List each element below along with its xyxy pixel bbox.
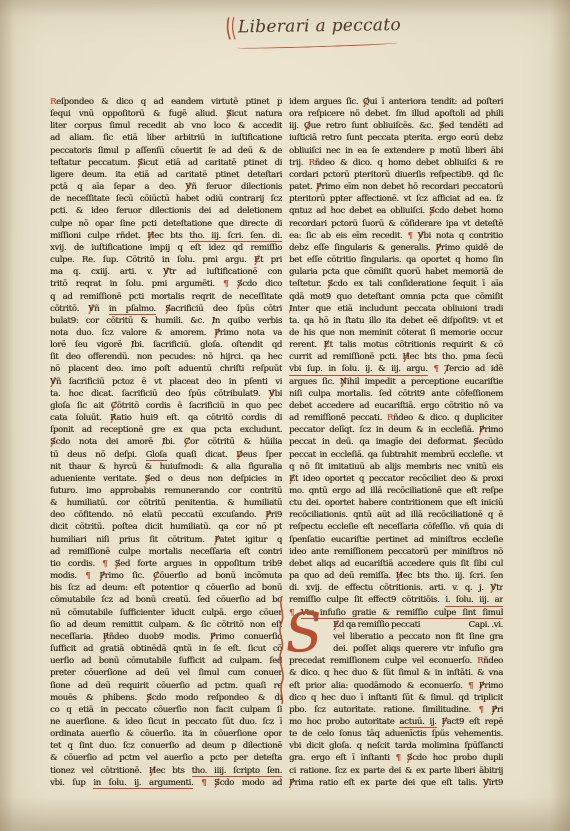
text-segment: tionez vel cōtritionē. bbox=[50, 766, 149, 776]
text-segment: ligere deum. ita etiā ad caritatē ptinet… bbox=[50, 170, 282, 180]
text-line: uerſio ad bonū cōmutabile ſufficit ad cu… bbox=[50, 655, 282, 667]
text-line: ordinata auerſio & cōuerſio. ita in cōue… bbox=[50, 728, 282, 740]
text-segment: qdā mot9 quo deteſtant omnia pcta que cō… bbox=[289, 292, 503, 302]
text-segment: nit thaur & hyrcū & huiuſmodi: & alia fi… bbox=[50, 462, 282, 472]
rubric-mark: ¶ bbox=[201, 778, 214, 788]
text-segment: dei. poſſet aliqs querere vtr infuſio gr… bbox=[333, 644, 503, 654]
text-segment: recōciliationis. qntū aūt ad illā recōci… bbox=[289, 510, 503, 520]
text-segment: rerent. bbox=[289, 340, 324, 350]
text-segment: ne auerſione. & ideo ſicut in peccato ſū… bbox=[50, 717, 282, 727]
text-line: patet. Primo eīm non debet hō recordari … bbox=[289, 181, 503, 193]
citation-underlined: in ſolu. ij. argumenti. bbox=[93, 778, 193, 789]
text-line: ideo ante remiſſionem peccatorū per mini… bbox=[289, 546, 503, 558]
text-line: ad remiſſionē culpe mortalis neceſſaria … bbox=[50, 546, 282, 558]
text-line: debet aliqs ad eucariſtiā accedere quis … bbox=[289, 558, 503, 570]
citation-underlined: actuū. ij. bbox=[399, 717, 436, 728]
text-segment: recordari pctorū ſuorū & cōſiderare ipa … bbox=[289, 219, 503, 229]
text-segment: tr bbox=[496, 583, 503, 593]
text-line: ad remiſſionē peccati. Rñdeo & dico. q d… bbox=[289, 412, 503, 424]
text-segment: nota duo. ſcz valore & amorem. bbox=[50, 328, 214, 338]
text-line: adueniente veritate. Sed o deus non deſp… bbox=[50, 473, 282, 485]
text-line: tritō reqrat in ſolu. pmi argumēti. ¶ Sc… bbox=[50, 278, 282, 290]
text-segment: ri9 bbox=[271, 510, 282, 520]
text-segment: cdo modo reſpondeo & di bbox=[152, 693, 282, 703]
text-segment: cdo modo ad bbox=[220, 778, 282, 788]
text-segment: eſpondeo & dico q ad eandem virtutē ptin… bbox=[56, 97, 282, 107]
text-segment: trij. bbox=[289, 158, 309, 168]
text-segment: q nō ſit imitatiuū ab alijs membris nec … bbox=[289, 462, 503, 472]
text-segment: nō placent deo. imo poſt aduentū chriſti… bbox=[50, 364, 282, 374]
text-line: Et ideo oportet q peccator recōciliet de… bbox=[289, 473, 503, 485]
citation-underlined: di. xvij. de effectu cōtritionis. arti. … bbox=[289, 583, 484, 594]
text-segment: t talis motus cōtritionis requirit & cō bbox=[329, 340, 503, 350]
text-segment: ec bts bbox=[156, 766, 192, 776]
text-segment: mouēs & phibens. bbox=[50, 693, 146, 703]
text-segment: t ideo oportet q peccator recōciliet deo… bbox=[295, 474, 503, 484]
text-segment: idem argues ſic. bbox=[289, 97, 363, 107]
text-line: pcti. & ideo feruor dilectionis dei ad d… bbox=[50, 205, 282, 217]
text-line: ta. hoc dicat. ſacrificiū deo ſpūs cōtri… bbox=[50, 388, 282, 400]
rubric-mark: H bbox=[149, 766, 156, 776]
text-segment: mo hoc probo autoritate bbox=[289, 717, 399, 727]
text-segment: ercio ad idē bbox=[449, 364, 503, 374]
text-line: ne auerſione. & ideo ſicut in peccato ſū… bbox=[50, 716, 282, 728]
text-line: Vñ ſacrificiū pctoz ē vt placeat deo in … bbox=[50, 376, 282, 388]
text-line: preter cōuerſione ad deū vel ſimul cum c… bbox=[50, 667, 282, 679]
text-segment: tet q ſint duo. ſcz conuerſio ad deum p … bbox=[50, 741, 282, 751]
text-line: teſtetur. Scdo ex tali conſideratione ſe… bbox=[289, 278, 503, 290]
citation-underlined: vbi ſup. in ſolu. ij. & iij. argu. bbox=[289, 364, 428, 375]
text-segment: ſit deo offerendū. non pecudes: nō hijrc… bbox=[50, 352, 282, 362]
text-segment: humiliari niſi prius ſit cōtritum. bbox=[50, 535, 214, 545]
text-segment bbox=[156, 304, 165, 314]
citation-underlined: apoſtoli ad phili bbox=[434, 109, 503, 120]
text-segment bbox=[246, 255, 254, 265]
text-segment: pcti. & ideo feruor dilectionis dei ad d… bbox=[50, 206, 282, 216]
citation-underlined: tho. iij. ſcri. ſen. di. bbox=[189, 231, 282, 242]
text-line: peccat in eccleſiā. qa ſubtrahit membrū … bbox=[289, 449, 503, 461]
text-segment bbox=[437, 717, 442, 727]
text-segment: reſpectu eccleſie eſt neceſſaria cōfeſſi… bbox=[289, 522, 503, 532]
text-line: nō placent deo. imo poſt aduentū chriſti… bbox=[50, 363, 282, 375]
text-segment: pbo. ſcz autoritate. ratione. ſimilitudi… bbox=[289, 705, 479, 715]
text-segment: rimo quidē de bbox=[441, 243, 503, 253]
text-segment: gra. ergo eſt ī inſtanti bbox=[289, 753, 396, 763]
text-segment: liter corpus ſimul recedit ab vno loco &… bbox=[50, 121, 282, 131]
text-line: Inter que etiā includunt peccata obliuio… bbox=[289, 303, 503, 315]
text-line: Capi. .vi.Ed qa remiſſio peccati bbox=[333, 619, 503, 631]
text-segment: cdo dico bbox=[242, 279, 282, 289]
text-segment: oſtendit qd bbox=[222, 340, 282, 350]
text-segment: quaſi dicat. bbox=[167, 450, 236, 460]
text-line: ad aliam. ſic etiā liber arbitriū in iuſ… bbox=[50, 132, 282, 144]
text-segment: modis. bbox=[50, 571, 85, 581]
text-segment: nū cōmutabile ſufficienter īducit culpā.… bbox=[50, 608, 282, 618]
rubric-mark: ¶ bbox=[433, 364, 444, 374]
citation-underlined: in pſalmo. bbox=[109, 304, 156, 315]
text-line: ſponit ad receptionē gre ex qua pcta exc… bbox=[50, 424, 282, 436]
text-segment: debet aliqs ad eucariſtiā accedere quis … bbox=[289, 559, 503, 569]
text-line: culpe nō opar ſine pcti deteſtatione que… bbox=[50, 218, 282, 230]
text-segment: bi nota q contritio bbox=[423, 231, 503, 241]
text-segment: neceſſaria. bbox=[50, 632, 103, 642]
text-line: gloſa ſic ait Cōtritō cordis ē ſacrifici… bbox=[50, 400, 282, 412]
text-line: dicit cōtritū. poſtea dicit humiliatū. q… bbox=[50, 521, 282, 533]
running-head-title: Liberari a peccato bbox=[238, 15, 401, 37]
text-line: teſtatur peccatum. Sicut etiā ad caritat… bbox=[50, 157, 282, 169]
text-line: bulat9: cor cōtritū & humili. &c. In qui… bbox=[50, 315, 282, 327]
text-line: peccatoris ſimul p aſſenſū cōuertit ſe a… bbox=[50, 145, 282, 157]
text-segment: ue retro ſunt obliuiſcēs. &c. bbox=[311, 121, 439, 131]
text-line: vbi ſup. in ſolu. ij. & iij. argu. ¶ Ter… bbox=[289, 363, 503, 375]
text-line: nū cōmutabile ſufficienter īducit culpā.… bbox=[50, 607, 282, 619]
text-segment: ihil impedit a perceptione eucariſtie bbox=[347, 377, 503, 387]
text-line: humiliari niſi prius ſit cōtritum. Patet… bbox=[50, 534, 282, 546]
text-line: nit thaur & hyrcū & huiuſmodi: & alia fi… bbox=[50, 461, 282, 473]
text-segment: peccatoris ſimul p aſſenſū cōuertit ſe a… bbox=[50, 146, 282, 156]
text-line: peccator delīqt. ſcz in deum & in eccleſ… bbox=[289, 424, 503, 436]
text-line: rerent. Et talis motus cōtritionis requi… bbox=[289, 339, 503, 351]
text-segment: ci ratione. ſcz ex parte dei & ex parte … bbox=[289, 766, 503, 776]
text-line: bet eſſe cōtritio ſingularis. qa oportet… bbox=[289, 254, 503, 266]
text-line: miſſioni culpe rñdet. Hec bts tho. iij. … bbox=[50, 230, 282, 242]
text-line: modis. ¶ Primo ſic. Cōuerſio ad bonū inc… bbox=[50, 570, 282, 582]
text-segment: ideo ante remiſſionem peccatorū per mini… bbox=[289, 547, 503, 557]
text-line: ora reſpicere nō debet. ſm illud apoſtol… bbox=[289, 108, 503, 120]
text-segment: de neceſſitate ſecū cōiūctū habet odiū c… bbox=[50, 194, 282, 204]
text-line: niſi culpa mortalis. ſed cōtrit9 ante cō… bbox=[289, 388, 503, 400]
rubric-mark: Q bbox=[304, 121, 311, 131]
text-line: iuſticiā retro ſunt peccata pterita. erg… bbox=[289, 132, 503, 144]
text-line: nota duo. ſcz valore & amorem. Primo not… bbox=[50, 327, 282, 339]
text-segment: rima ratio eſt ex parte dei que eſt tali… bbox=[294, 778, 482, 788]
text-line: de his que non meminit cōterat ſi memori… bbox=[289, 327, 503, 339]
text-segment: cdo debet homo bbox=[435, 206, 504, 216]
text-segment: iuſticiā retro ſunt peccata pterita. erg… bbox=[289, 133, 503, 143]
text-segment: pctā q aīa ſepar a deo. bbox=[50, 182, 185, 192]
running-head: Liberari a peccato bbox=[238, 15, 428, 52]
text-line: debz eſſe ſingularis & generalis. Primo … bbox=[289, 242, 503, 254]
text-column-left: Reſpondeo & dico q ad eandem virtutē pti… bbox=[50, 96, 282, 789]
text-line: & cōuerſio ad pctm vel auerſio a pcto pe… bbox=[50, 752, 282, 764]
text-segment: dico q hec duo ī inſtanti ſūt & ſimul. q… bbox=[289, 693, 503, 703]
citation-underlined: ſup. Cōtritō in ſolu. pmi argu. bbox=[103, 255, 247, 266]
text-line: reſpectu eccleſie eſt neceſſaria cōfeſſi… bbox=[289, 521, 503, 533]
citation-underlined: tho. pma ſecū bbox=[442, 352, 503, 363]
text-segment: bet eſſe cōtritio ſingularis. qa oportet… bbox=[289, 255, 503, 265]
text-segment: co q etiā in peccato cōuerſio non facit … bbox=[50, 705, 282, 715]
text-segment: rimo bbox=[484, 681, 503, 691]
text-line: dico q hec duo ī inſtanti ſūt & ſimul. q… bbox=[289, 692, 503, 704]
text-line: ſione ad deū requirit cōuerſio ad pctm. … bbox=[50, 680, 282, 692]
text-segment: ed forte argues in oppoſitum trib9 bbox=[120, 559, 282, 569]
citation-underlined: tho. iij. ſcri. ſen bbox=[434, 571, 503, 582]
text-line: currit ad remiſſionē pcti. Hec bts tho. … bbox=[289, 351, 503, 363]
text-segment: icut natura bbox=[232, 109, 282, 119]
text-line: ma q. cxiij. arti. v. Vtr ad iuſtificati… bbox=[50, 266, 282, 278]
text-segment: obliuiſci nec in ea ſe extendere p motū … bbox=[289, 146, 503, 156]
text-line: xvij. de iuſtificatione impij q eſt idez… bbox=[50, 242, 282, 254]
text-line: ligere deum. ita etiā ad caritatē ptinet… bbox=[50, 169, 282, 181]
text-line: eſt prior alia: quodāmodo & econuerſo. ¶… bbox=[289, 680, 503, 692]
text-segment: & cōuerſio ad pctm vel auerſio a pcto pe… bbox=[50, 753, 282, 763]
text-segment: patet. bbox=[289, 182, 316, 192]
rubric-mark: H bbox=[396, 571, 403, 581]
text-line: lorē ſeu vigorē Ibi. ſacrificiū. gloſa. … bbox=[50, 339, 282, 351]
text-segment: ōuerſio ad bonū incōmuta bbox=[159, 571, 282, 581]
text-line: argues ſic. Nihil impedit a perceptione … bbox=[289, 376, 503, 388]
text-segment: ec bts bbox=[154, 231, 189, 241]
text-line: ſequi vnū oppoſitorū & fugē aliud. Sicut… bbox=[50, 108, 282, 120]
text-segment: acrificiū deo ſpūs cōtri bbox=[171, 304, 282, 314]
text-segment: miſſioni culpe rñdet. bbox=[50, 231, 147, 241]
text-line: idem argues ſic. Qui ī anteriora tendit:… bbox=[289, 96, 503, 108]
text-segment: preter cōuerſione ad deū vel ſimul cum c… bbox=[50, 668, 282, 678]
rubric-mark: ¶ bbox=[396, 753, 407, 763]
text-line: ea: ſic ab eis eīm recedit. ¶ Vbi nota q… bbox=[289, 230, 503, 242]
rubric-mark: ¶ bbox=[102, 559, 114, 569]
text-line: ſio ad deum remittit culpam. & ſic cōtri… bbox=[50, 619, 282, 631]
text-segment: tr ad iuſtificationē con bbox=[169, 267, 282, 277]
text-line: mouēs & phibens. Scdo modo reſpondeo & d… bbox=[50, 692, 282, 704]
text-line: mo. qntū ergo ad illā recōciliationē que… bbox=[289, 485, 503, 497]
text-segment: ñ bbox=[94, 304, 109, 314]
text-segment: ed tendēti ad bbox=[444, 121, 503, 131]
text-line: pbo. ſcz autoritate. ratione. ſimilitudi… bbox=[289, 704, 503, 716]
text-segment: cordari pctorū pteritorū diuerſis reſpec… bbox=[289, 170, 503, 180]
text-segment: ec bts bbox=[410, 352, 442, 362]
text-segment: lorē ſeu vigorē bbox=[50, 340, 131, 350]
citation-underlined: iij. bbox=[289, 121, 299, 132]
text-segment: culpe nō opar ſine pcti deteſtatione que… bbox=[50, 219, 282, 229]
text-line: deo cōfitendo. nō elatū peccatū excuſand… bbox=[50, 509, 282, 521]
text-segment: ñ ſacrificiū pctoz ē vt placeat deo in p… bbox=[56, 377, 282, 387]
citation-underlined: Vtr infuſio gratie & remiſſio culpe ſint… bbox=[301, 608, 503, 619]
rubric-mark: ¶ bbox=[85, 571, 99, 581]
text-segment: uerſio ad bonū cōmutabile ſufficit ad cu… bbox=[50, 656, 282, 666]
text-segment: mo. qntū ergo ad illā recōciliationē que… bbox=[289, 486, 503, 496]
chapter-initial-letter: S bbox=[283, 605, 328, 667]
text-segment: eſt prior alia: quodāmodo & econuerſo. bbox=[289, 681, 468, 691]
text-line: bis ſcz ad deum: eſt potentior q cōuerſi… bbox=[50, 582, 282, 594]
text-segment: bis ſcz ad deum: eſt potentior q cōuerſi… bbox=[50, 583, 282, 593]
text-line: pa quo ad deū remiſſa. Hec bts tho. iij.… bbox=[289, 570, 503, 582]
text-segment: culpe. Re. bbox=[50, 255, 103, 265]
text-segment: vel liberatio a peccato non fit ſine gra bbox=[333, 632, 503, 642]
text-segment: ad remiſſionē culpe mortalis neceſſaria … bbox=[50, 547, 282, 557]
citation-underlined: ſacrificiū. gloſa. bbox=[153, 340, 222, 351]
citation-underlined: Gloſa bbox=[146, 450, 167, 461]
text-segment: te de celo ſonus tāq aduenīctis ſpūs veh… bbox=[289, 729, 503, 739]
text-column-right: S idem argues ſic. Qui ī anteriora tendi… bbox=[289, 96, 503, 789]
text-line: vbi dicit gloſa. q neſcit tarda molimina… bbox=[289, 740, 503, 752]
text-line: ci ratione. ſcz ex parte dei & ex parte … bbox=[289, 765, 503, 777]
text-segment: ctu dei. oportet habere contritionem que… bbox=[289, 498, 503, 508]
citation-underlined: tho. iiij. ſcripto ſen. bbox=[192, 766, 282, 777]
text-segment: atet igitur q bbox=[219, 535, 282, 545]
text-segment: ſponit ad receptionē gre ex qua pcta exc… bbox=[50, 425, 282, 435]
text-segment bbox=[193, 778, 201, 788]
text-line: Reſpondeo & dico q ad eandem virtutē pti… bbox=[50, 96, 282, 108]
text-segment: debz eſſe ſingularis & generalis. bbox=[289, 243, 436, 253]
text-line: qdā mot9 quo deteſtant omnia pcta que cō… bbox=[289, 291, 503, 303]
text-line: recōciliationis. qntū aūt ad illā recōci… bbox=[289, 509, 503, 521]
text-segment: qntuz ad hoc debet ea obliuiſci. bbox=[289, 206, 429, 216]
text-line: cata ſoluūt. Ratio hui9 eſt. qa cōtritō … bbox=[50, 412, 282, 424]
text-segment: deo cōfitendo. nō elatū peccatū excuſand… bbox=[50, 510, 265, 520]
text-segment: atio hui9 eſt. qa cōtritō cordis di bbox=[116, 413, 282, 423]
text-line: cordari pctorū pteritorū diuerſis reſpec… bbox=[289, 169, 503, 181]
text-segment: ta. qa hō in ſtatu illo ita debet eē diſ… bbox=[289, 316, 503, 326]
text-line: ſpenſatio eucariſtie pertinet ad miniſtr… bbox=[289, 534, 503, 546]
text-segment: ordinata auerſio & cōuerſio. ita in cōue… bbox=[50, 729, 282, 739]
text-segment: d qa remiſſio peccati bbox=[339, 620, 420, 630]
text-segment: ora reſpicere nō debet. ſm illud bbox=[289, 109, 434, 119]
text-segment: bi bbox=[274, 389, 282, 399]
text-segment: cdo hoc probo dupli bbox=[412, 753, 503, 763]
text-segment: rimo bbox=[484, 425, 503, 435]
text-line: ſit deo offerendū. non pecudes: nō hijrc… bbox=[50, 351, 282, 363]
text-segment: ad remiſſionē peccati. bbox=[289, 413, 387, 423]
text-line: vel liberatio a peccato non fit ſine gra bbox=[333, 631, 503, 643]
text-segment: ea: ſic ab eis eīm recedit. bbox=[289, 231, 407, 241]
text-segment: ñdeo duob9 modis. bbox=[109, 632, 210, 642]
text-segment: ſio ad deum remittit culpam. & ſic cōtri… bbox=[50, 620, 282, 630]
text-line: mo hoc probo autoritate actuū. ij. Fact9… bbox=[289, 716, 503, 728]
text-segment: rimo eīm non debet hō recordari peccator… bbox=[321, 182, 503, 192]
text-segment: q ad remiſſionē pcti mortalis reqrit de … bbox=[50, 292, 282, 302]
text-segment: rimo ſic. bbox=[105, 571, 153, 581]
text-segment: ñdeo & dico. q homo debet obliuiſci & re bbox=[315, 158, 503, 168]
text-line: di. xvij. de effectu cōtritionis. arti. … bbox=[289, 582, 503, 594]
text-segment: bi. bbox=[134, 340, 153, 350]
text-segment: ſufficit ad gratiā obtinēdā qntū in ſe e… bbox=[50, 644, 282, 654]
text-segment: ri bbox=[497, 705, 503, 715]
text-line: liter corpus ſimul recedit ab vno loco &… bbox=[50, 120, 282, 132]
rubric-mark: ¶ bbox=[479, 705, 492, 715]
text-segment: ñdeo bbox=[483, 656, 503, 666]
text-line: obliuiſci nec in ea ſe extendere p motū … bbox=[289, 145, 503, 157]
text-segment: argues ſic. bbox=[289, 377, 340, 387]
text-segment: gularia pcta que cōmiſit quorū habet mem… bbox=[289, 267, 503, 277]
text-segment: ōtritō cordis ē ſacrificiū in quo pec bbox=[117, 401, 282, 411]
text-segment: nter que etiā includunt peccata obliuion… bbox=[292, 304, 503, 314]
text-line: te de celo ſonus tāq aduenīctis ſpūs veh… bbox=[289, 728, 503, 740]
text-line: ctu dei. oportet habere contritionem que… bbox=[289, 497, 503, 509]
rubric-mark: Capi. .vi. bbox=[469, 619, 503, 631]
text-segment: eus ſper bbox=[243, 450, 282, 460]
text-segment: peccat in eccleſiā. qa ſubtrahit membrū … bbox=[289, 450, 503, 460]
text-segment: bi. bbox=[165, 437, 184, 447]
text-segment: ed o deus non deſpicies in bbox=[150, 474, 282, 484]
text-segment: ta. hoc dicat. ſacrificiū deo ſpūs cōtri… bbox=[50, 389, 269, 399]
text-line: q ad remiſſionē pcti mortalis reqrit de … bbox=[50, 291, 282, 303]
text-segment: tio cordis. bbox=[50, 559, 102, 569]
text-line: pctā q aīa ſepar a deo. Vñ feruor dilect… bbox=[50, 181, 282, 193]
text-line: & humiliatū. cor cōtritū penitentia. & h… bbox=[50, 497, 282, 509]
text-line: neceſſaria. Rñdeo duob9 modis. Primo con… bbox=[50, 631, 282, 643]
text-segment: futuro. imo approbabis remunerando cor c… bbox=[50, 486, 282, 496]
text-line: qntuz ad hoc debet ea obliuiſci. Scdo de… bbox=[289, 205, 503, 217]
text-segment: icut etiā ad caritatē ptinet di bbox=[143, 158, 282, 168]
rubric-mark: H bbox=[402, 352, 409, 362]
text-segment: bulat9: cor cōtritū & humili. &c. bbox=[50, 316, 212, 326]
text-segment: ma q. cxiij. arti. v. bbox=[50, 267, 163, 277]
text-segment: teſtetur. bbox=[289, 279, 327, 289]
text-segment: & humiliatū. cor cōtritū penitentia. & h… bbox=[50, 498, 282, 508]
text-segment: n quibo verbis bbox=[215, 316, 282, 326]
text-line: Prima ratio eſt ex parte dei que eſt tal… bbox=[289, 777, 503, 789]
text-segment: ſequi vnū oppoſitorū & fugē aliud. bbox=[50, 109, 226, 119]
text-segment: adueniente veritate. bbox=[50, 474, 145, 484]
text-segment: cdo ex tali conſideratione ſequit ī aīa bbox=[333, 279, 503, 289]
text-line: tio cordis. ¶ Sed forte argues in oppoſi… bbox=[50, 558, 282, 570]
text-segment: peccator delīqt. ſcz in deum & in eccleſ… bbox=[289, 425, 479, 435]
rubric-mark: ¶ bbox=[468, 681, 479, 691]
text-segment: rimo conuerſio bbox=[215, 632, 282, 642]
text-segment: pteritorū ppter affectionē. vt ſcz affic… bbox=[289, 194, 503, 204]
text-line: ſufficit ad gratiā obtinēdā qntū in ſe e… bbox=[50, 643, 282, 655]
text-segment: ec bts bbox=[403, 571, 435, 581]
text-segment: or cōtritū & hūilia bbox=[190, 437, 282, 447]
rubric-mark: ¶ bbox=[223, 279, 237, 289]
text-segment: xvij. de iuſtificatione impij q eſt idez… bbox=[50, 243, 282, 253]
text-line: culpe. Re. ſup. Cōtritō in ſolu. pmi arg… bbox=[50, 254, 282, 266]
text-line: futuro. imo approbabis remunerando cor c… bbox=[50, 485, 282, 497]
text-line: pteritorū ppter affectionē. vt ſcz affic… bbox=[289, 193, 503, 205]
text-line: gularia pcta que cōmiſit quorū habet mem… bbox=[289, 266, 503, 278]
text-line: de neceſſitate ſecū cōiūctū habet odiū c… bbox=[50, 193, 282, 205]
text-line: tū deus nō deſpi. Gloſa quaſi dicat. Deu… bbox=[50, 449, 282, 461]
text-segment: rimo nota va bbox=[220, 328, 282, 338]
text-line: co q etiā in peccato cōuerſio non facit … bbox=[50, 704, 282, 716]
text-segment: peccat in deū. qa imagīe dei deformat. bbox=[289, 437, 473, 447]
text-line: tionez vel cōtritionē. Hec bts tho. iiij… bbox=[50, 765, 282, 777]
text-segment: irt9 bbox=[489, 778, 503, 788]
text-segment: cata ſoluūt. bbox=[50, 413, 110, 423]
text-segment: ad aliam. ſic etiā liber arbitriū in iuſ… bbox=[50, 133, 282, 143]
text-segment: vbi dicit gloſa. q neſcit tarda molimina… bbox=[289, 741, 503, 751]
text-segment: t pri bbox=[260, 255, 282, 265]
text-segment: cōtritō. bbox=[50, 304, 88, 314]
text-line: vbi. ſup in ſolu. ij. argumenti. ¶ Scdo … bbox=[50, 777, 282, 789]
text-line: debet accedere ad eucariſtiā. ergo cōtri… bbox=[289, 400, 503, 412]
text-segment: cdo nota dei amorē bbox=[56, 437, 162, 447]
text-segment: ſione ad deū requirit cōuerſio ad pctm. … bbox=[50, 681, 282, 691]
text-line: peccat in deū. qa imagīe dei deformat. S… bbox=[289, 436, 503, 448]
text-line: cōtritō. Vñ in pſalmo. Sacrificiū deo ſp… bbox=[50, 303, 282, 315]
text-line: recordari pctorū ſuorū & cōſiderare ipa … bbox=[289, 218, 503, 230]
text-segment: pa quo ad deū remiſſa. bbox=[289, 571, 396, 581]
text-segment: act9 eſt repē bbox=[447, 717, 503, 727]
running-head-underline bbox=[236, 41, 398, 50]
text-line: cōmutabile ſcz ad bonū creatū. ſed cōuer… bbox=[50, 594, 282, 606]
rubric-mark: N bbox=[340, 377, 347, 387]
text-line: gra. ergo eſt ī inſtanti ¶ Scdo hoc prob… bbox=[289, 752, 503, 764]
text-segment: dicit cōtritū. poſtea dicit humiliatū. q… bbox=[50, 522, 282, 532]
text-line: ta. qa hō in ſtatu illo ita debet eē diſ… bbox=[289, 315, 503, 327]
text-line: tet q ſint duo. ſcz conuerſio ad deum p … bbox=[50, 740, 282, 752]
text-line: q nō ſit imitatiuū ab alijs membris nec … bbox=[289, 461, 503, 473]
text-segment: & dico. q hec duo & ſūt ſimul & in inſtā… bbox=[289, 668, 503, 678]
text-segment: gloſa ſic ait bbox=[50, 401, 111, 411]
text-line: trij. Rñdeo & dico. q homo debet obliuiſ… bbox=[289, 157, 503, 169]
text-segment: ñ feruor dilectionis bbox=[191, 182, 282, 192]
text-segment: teſtatur peccatum. bbox=[50, 158, 137, 168]
text-segment: de his que non meminit cōterat ſi memori… bbox=[289, 328, 503, 338]
text-segment: ſpenſatio eucariſtie pertinet ad miniſtr… bbox=[289, 535, 503, 545]
text-segment: cōmutabile ſcz ad bonū creatū. ſed cōuer… bbox=[50, 595, 282, 605]
